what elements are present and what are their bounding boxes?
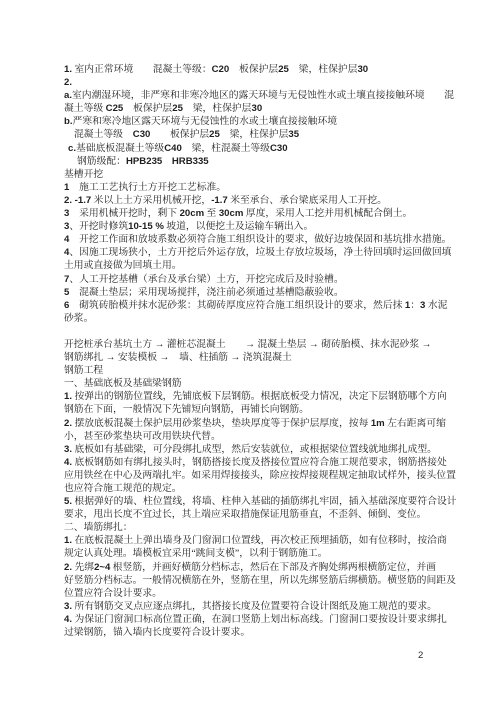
- body-text: 混凝土垫层；采用现场搅拌，浇注前必须通过基槽隐蔽验收。: [69, 287, 343, 298]
- body-text: 位置应符合设计要求。: [64, 588, 162, 599]
- body-text: 施工工艺执行土方开挖工艺标准。: [69, 182, 226, 193]
- numeric-text: 1m: [371, 418, 385, 429]
- body-text: 钢筋工程: [64, 365, 103, 376]
- body-text: 在底板混凝土上弹出墙身及门窗洞口位置线，再次校正预埋插筋，如有位移时，按洽商: [72, 535, 447, 546]
- section-heading-trench-excavation: 基槽开挖: [64, 168, 442, 181]
- numeric-text: 10-15 %: [128, 221, 164, 232]
- body-text: 、开挖时修筑: [69, 221, 128, 232]
- text-line: 5 混凝土垫层；采用现场搅拌，浇注前必须通过基槽隐蔽验收。: [64, 286, 442, 299]
- numeric-text: 2. -1.7: [64, 195, 91, 206]
- process-flow-line: 钢筋绑扎 → 安装模板 → 墙、柱插筋 → 浇筑混凝土: [64, 351, 442, 364]
- text-line: 3. 所有钢筋交叉点应逐点绑扎，其搭接长度及位置要符合设计图纸及施工规范的要求。: [64, 600, 442, 613]
- body-text: 开挖桩承台基坑土方 → 灌桩芯混凝土 → 混凝土垫层 → 砌砖胎模、抹水泥砂浆 …: [64, 339, 431, 350]
- numeric-text: 35: [288, 129, 299, 140]
- body-text: 摆放底板混凝土保护层用砂浆垫块，垫块厚度等于保护层厚度，按每: [72, 418, 371, 429]
- body-text: 梁，柱混凝土等级: [182, 143, 270, 154]
- numeric-text: C40: [164, 143, 182, 154]
- body-text: 根据弹好的墙、柱位置线，将墙、柱伸入基础的插筋绑扎牢固，插入基础深度要符合设计: [72, 496, 457, 507]
- text-line: 7、人工开挖基槽（承台及承台梁）土方，开挖完成后及时验槽。: [64, 273, 442, 286]
- text-line: c.基础底板混凝土等级C40 梁，柱混凝土等级C30: [64, 142, 442, 155]
- body-text: 板保护层: [229, 64, 278, 75]
- text-line: 3. 底板如有基础梁，可分段绑扎成型，然后安装就位，或根据梁位置线就地绑扎成型。: [64, 443, 442, 456]
- body-text: 厚度，采用人工挖并用机械配合倒土。: [243, 208, 412, 219]
- body-text: 开挖工作面和放坡系数必须符合施工组织设计的要求，做好边坡保固和基坑排水措施。: [69, 234, 451, 245]
- text-line: 2. 先绑2~4 根竖筋，并画好横筋分档标志，然后在下部及齐胸处绑两根横筋定位，…: [64, 561, 442, 574]
- subsection-heading-wall-rebar: 二、墙筋绑扎：: [64, 521, 442, 534]
- numeric-text: 1.: [64, 391, 72, 402]
- body-text: 水泥: [425, 300, 447, 311]
- numeric-text: 2.: [64, 562, 72, 573]
- text-line: 1 施工工艺执行土方开挖工艺标准。: [64, 181, 442, 194]
- body-text: ：: [410, 300, 420, 311]
- text-line: 位置应符合设计要求。: [64, 587, 442, 600]
- body-text: 左右距离可缩: [385, 418, 446, 429]
- body-text: 基槽开挖: [64, 169, 103, 180]
- body-text: 底板如有基础梁，可分段绑扎成型，然后安装就位，或根据梁位置线就地绑扎成型。: [72, 444, 437, 455]
- process-flow-line: 开挖桩承台基坑土方 → 灌桩芯混凝土 → 混凝土垫层 → 砌砖胎模、抹水泥砂浆 …: [64, 338, 442, 351]
- numeric-text: 25: [172, 103, 183, 114]
- numeric-text: 4.: [64, 457, 72, 468]
- text-line: 凝土等级 C25 板保护层25 梁，柱保护层30: [64, 102, 442, 115]
- body-text: 米以上土方采用机械开挖，: [91, 195, 211, 206]
- text-line: 4. 为保证门窗洞口标高位置正确，在洞口竖筋上划出标高线。门窗洞口要按设计要求绑…: [64, 613, 442, 626]
- body-text: 要求，甩出长度不宜过长，其上端应采取措施保证甩筋垂直，不歪斜、倾倒、变位。: [64, 509, 426, 520]
- body-text: 过梁钢筋，锚入墙内长度要符合设计要求。: [64, 627, 250, 638]
- body-text: 梁，柱保护层: [220, 129, 289, 140]
- numeric-text: HPB235 HRB335: [126, 156, 209, 167]
- text-line: 规定认真处理。墙模板宜采用“跳间支模”，以利于钢筋施工。: [64, 547, 442, 560]
- body-text: 基础底板混凝土等级: [76, 143, 164, 154]
- numeric-text: C30: [270, 143, 288, 154]
- body-text: 凝土等级: [64, 103, 106, 114]
- text-line: 4. 底板钢筋如有绑扎接头时，钢筋搭接长度及搭接位置应符合施工规范要求，钢筋搭接…: [64, 456, 442, 469]
- body-text: 、因施工现场狭小，土方开挖后外运存放，垃圾土存放垃圾场，净土待回填时运回做回填: [69, 247, 451, 258]
- text-line: 1. 在底板混凝土上弹出墙身及门窗洞口位置线，再次校正预埋插筋，如有位移时，按洽…: [64, 534, 442, 547]
- body-text: 按弹出的钢筋位置线，先铺底板下层钢筋。根据底板受力情况，决定下层钢筋哪个方向: [72, 391, 447, 402]
- body-text: 为保证门窗洞口标高位置正确，在洞口竖筋上划出标高线。门窗洞口要按设计要求绑扎: [72, 614, 447, 625]
- body-text: 一、基础底板及基础梁钢筋: [64, 378, 182, 389]
- body-text: 混凝土等级: [74, 129, 133, 140]
- text-line: 2.: [64, 76, 442, 89]
- body-text: 板保护层: [123, 103, 172, 114]
- numeric-text: b.: [64, 116, 73, 127]
- body-text: 先绑: [72, 562, 94, 573]
- body-text: 砌筑砖胎模并抹水泥砂浆：其砌砖厚度应符合施工组织设计的要求，然后抹: [69, 300, 405, 311]
- numeric-text: 3.: [64, 601, 72, 612]
- numeric-text: a.: [64, 90, 72, 101]
- document-page: 1. 室内正常环境 混凝土等级：C20 板保护层25 梁，柱保护层302.a.室…: [0, 0, 500, 707]
- text-line: 混凝土等级 C30 板保护层25 梁，柱保护层35: [64, 128, 442, 141]
- numeric-text: 30: [357, 64, 368, 75]
- text-line: 1. 室内正常环境 混凝土等级：C20 板保护层25 梁，柱保护层30: [64, 63, 442, 76]
- numeric-text: 25: [278, 64, 289, 75]
- body-text: 坡道，以便挖土及运输车辆出入。: [164, 221, 313, 232]
- text-line: 6 砌筑砖胎模并抹水泥砂浆：其砌砖厚度应符合施工组织设计的要求，然后抹 1：3 …: [64, 299, 442, 312]
- text-line: b.严寒和寒冷地区露天环境与无侵蚀性的水或土壤直接接触环境: [64, 115, 442, 128]
- numeric-text: 2.: [64, 77, 72, 88]
- numeric-text: 1.: [64, 535, 72, 546]
- body-text: 所有钢筋交叉点应逐点绑扎，其搭接长度及位置要符合设计图纸及施工规范的要求。: [72, 601, 437, 612]
- body-text: 梁，柱保护层: [183, 103, 252, 114]
- body-text: 也应符合施工规范的规定。: [64, 483, 182, 494]
- numeric-text: 3.: [64, 444, 72, 455]
- subsection-heading-base-slab-rebar: 一、基础底板及基础梁钢筋: [64, 377, 442, 390]
- text-line: 钢筋在下面，一般情况下先铺短向钢筋，再铺长向钢筋。: [64, 403, 442, 416]
- body-text: 钢筋在下面，一般情况下先铺短向钢筋，再铺长向钢筋。: [64, 404, 309, 415]
- body-text: 应用铁丝在中心及两端扎牢。如采用焊接接头，除应按焊接规程规定抽取试样外，接头位置: [64, 470, 456, 481]
- text-line: 1. 按弹出的钢筋位置线，先铺底板下层钢筋。根据底板受力情况，决定下层钢筋哪个方…: [64, 390, 442, 403]
- body-text: 米至承台、承台梁底采用人工开挖。: [228, 195, 387, 206]
- blank-line: [64, 325, 442, 338]
- body-text: 至: [204, 208, 219, 219]
- body-text: 室内正常环境 混凝土等级：: [72, 64, 212, 75]
- numeric-text: 2~4: [94, 562, 110, 573]
- body-text: 钢筋绑扎 → 安装模板 → 墙、柱插筋 → 浇筑混凝土: [64, 352, 292, 363]
- body-text: 二、墙筋绑扎：: [64, 522, 133, 533]
- body-text: 严寒和寒冷地区露天环境与无侵蚀性的水或土壤直接接触环境: [73, 116, 338, 127]
- body-text: 、人工开挖基槽（承台及承台梁）土方，开挖完成后及时验槽。: [69, 274, 343, 285]
- body-text: 梁，柱保护层: [289, 64, 358, 75]
- text-line: 2. -1.7 米以上土方采用机械开挖，-1.7 米至承台、承台梁底采用人工开挖…: [64, 194, 442, 207]
- document-content: 1. 室内正常环境 混凝土等级：C20 板保护层25 梁，柱保护层302.a.室…: [64, 63, 442, 639]
- text-line: 4、因施工现场狭小，土方开挖后外运存放，垃圾土存放垃圾场，净土待回填时运回做回填: [64, 246, 442, 259]
- body-text: 底板钢筋如有绑扎接头时，钢筋搭接长度及搭接位置应符合施工规范要求，钢筋搭接处: [72, 457, 447, 468]
- page-number: 2: [418, 650, 423, 661]
- text-line: 土用或直接做为回填土用。: [64, 259, 442, 272]
- body-text: 板保护层: [150, 129, 209, 140]
- body-text: 钢筋级配：: [77, 156, 126, 167]
- body-text: 好竖筋分档标志。一般情况横筋在外，竖筋在里，所以先绑竖筋后绑横筋。横竖筋的间距及: [64, 575, 456, 586]
- numeric-text: 30: [251, 103, 262, 114]
- body-text: 规定认真处理。墙模板宜采用“跳间支模”，以利于钢筋施工。: [64, 548, 327, 559]
- numeric-text: -1.7: [211, 195, 228, 206]
- numeric-text: 20cm: [180, 208, 205, 219]
- numeric-text: 1.: [64, 64, 72, 75]
- text-line: 应用铁丝在中心及两端扎牢。如采用焊接接头，除应按焊接规程规定抽取试样外，接头位置: [64, 469, 442, 482]
- body-text: 小，甚至砂浆垫块可改用铁块代替。: [64, 431, 221, 442]
- numeric-text: C30: [133, 129, 151, 140]
- text-line: 4 开挖工作面和放坡系数必须符合施工组织设计的要求，做好边坡保固和基坑排水措施。: [64, 233, 442, 246]
- section-heading-rebar-work: 钢筋工程: [64, 364, 442, 377]
- numeric-text: 2.: [64, 418, 72, 429]
- numeric-text: 4.: [64, 614, 72, 625]
- text-line: 过梁钢筋，锚入墙内长度要符合设计要求。: [64, 626, 442, 639]
- text-line: 要求，甩出长度不宜过长，其上端应采取措施保证甩筋垂直，不歪斜、倾倒、变位。: [64, 508, 442, 521]
- numeric-text: 5.: [64, 496, 72, 507]
- body-text: 土用或直接做为回填土用。: [64, 260, 182, 271]
- text-line: 3、开挖时修筑10-15 % 坡道，以便挖土及运输车辆出入。: [64, 220, 442, 233]
- numeric-text: 30cm: [219, 208, 244, 219]
- text-line: 2. 摆放底板混凝土保护层用砂浆垫块，垫块厚度等于保护层厚度，按每 1m 左右距…: [64, 417, 442, 430]
- text-line: 砂浆。: [64, 312, 442, 325]
- text-line: 钢筋级配：HPB235 HRB335: [64, 155, 442, 168]
- body-text: 根竖筋，并画好横筋分档标志，然后在下部及齐胸处绑两根横筋定位，并画: [110, 562, 436, 573]
- numeric-text: C20: [212, 64, 230, 75]
- numeric-text: c.: [68, 143, 76, 154]
- body-text: 砂浆。: [64, 313, 93, 324]
- text-line: a.室内潮湿环境，非严寒和非寒冷地区的露天环境与无侵蚀性水或土壤直接接触环境 混: [64, 89, 442, 102]
- numeric-text: 25: [209, 129, 220, 140]
- body-text: 采用机械开挖时，剩下: [69, 208, 179, 219]
- text-line: 小，甚至砂浆垫块可改用铁块代替。: [64, 430, 442, 443]
- text-line: 3 采用机械开挖时，剩下 20cm 至 30cm 厚度，采用人工挖并用机械配合倒…: [64, 207, 442, 220]
- numeric-text: C25: [106, 103, 124, 114]
- text-line: 5. 根据弹好的墙、柱位置线，将墙、柱伸入基础的插筋绑扎牢固，插入基础深度要符合…: [64, 495, 442, 508]
- text-line: 好竖筋分档标志。一般情况横筋在外，竖筋在里，所以先绑竖筋后绑横筋。横竖筋的间距及: [64, 574, 442, 587]
- text-line: 也应符合施工规范的规定。: [64, 482, 442, 495]
- body-text: 室内潮湿环境，非严寒和非寒冷地区的露天环境与无侵蚀性水或土壤直接接触环境 混: [72, 90, 454, 101]
